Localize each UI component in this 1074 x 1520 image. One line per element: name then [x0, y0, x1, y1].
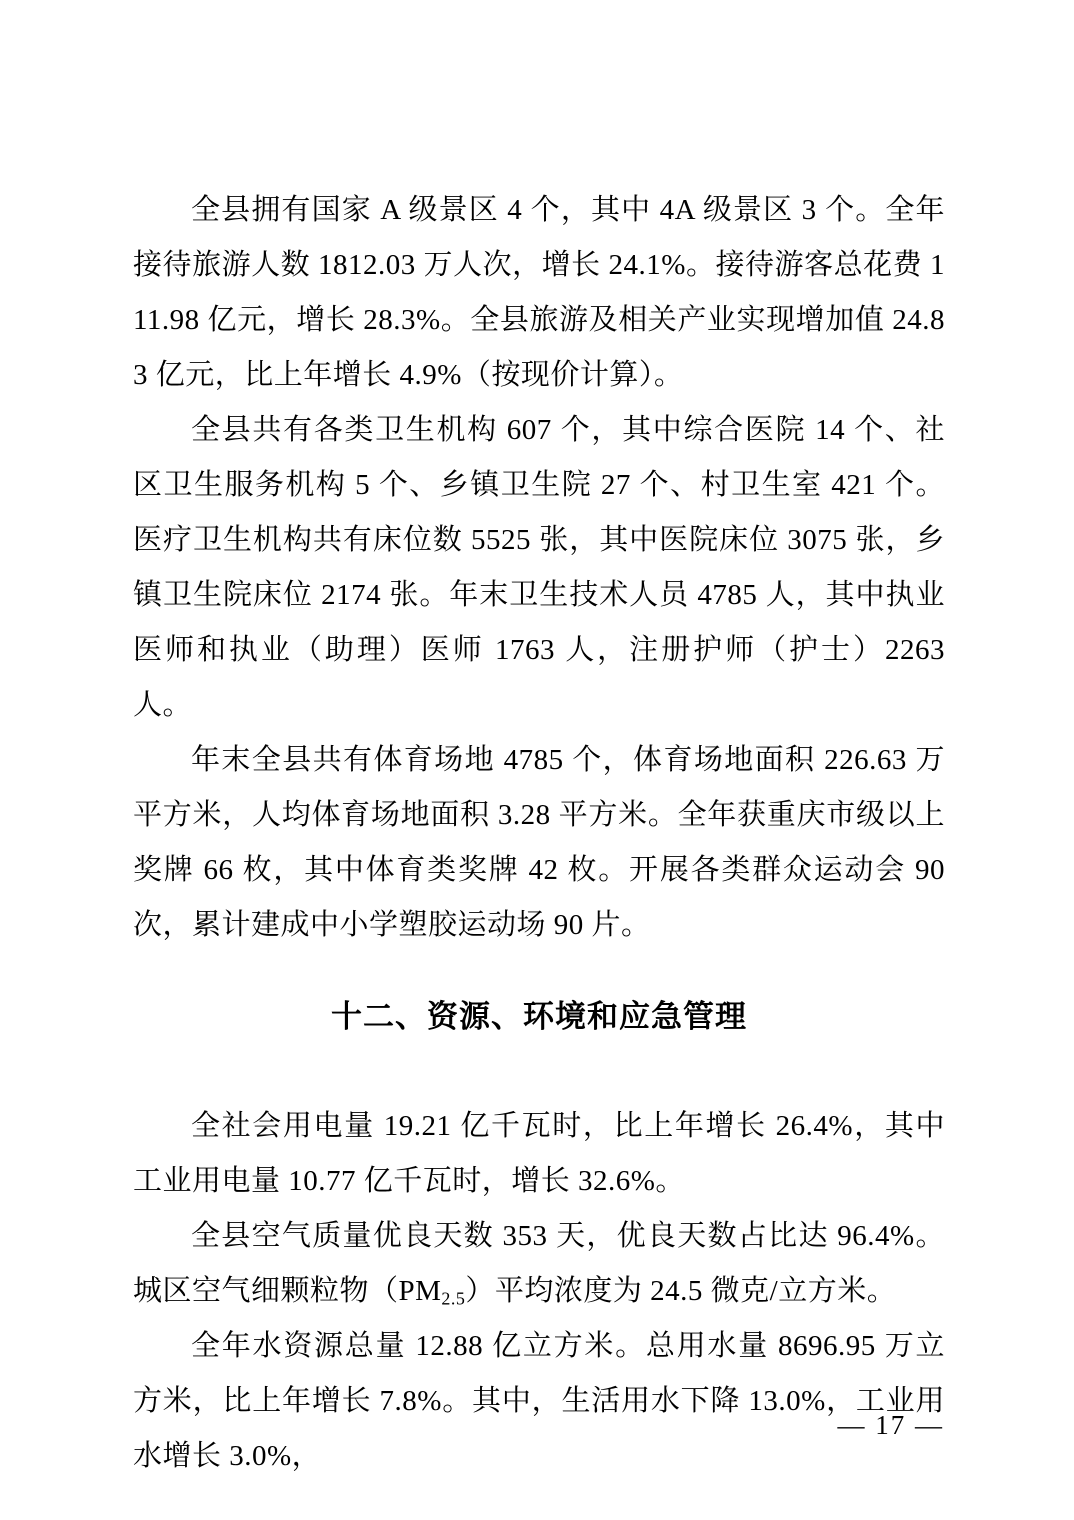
- paragraph-electricity: 全社会用电量 19.21 亿千瓦时，比上年增长 26.4%，其中工业用电量 10…: [133, 1099, 945, 1209]
- paragraph-tourism: 全县拥有国家 A 级景区 4 个，其中 4A 级景区 3 个。全年接待旅游人数 …: [133, 183, 945, 403]
- paragraph-health-institutions: 全县共有各类卫生机构 607 个，其中综合医院 14 个、社区卫生服务机构 5 …: [133, 403, 945, 733]
- paragraph-sports: 年末全县共有体育场地 4785 个，体育场地面积 226.63 万平方米，人均体…: [133, 733, 945, 953]
- document-body: 全县拥有国家 A 级景区 4 个，其中 4A 级景区 3 个。全年接待旅游人数 …: [133, 183, 945, 1484]
- paragraph-air-quality: 全县空气质量优良天数 353 天，优良天数占比达 96.4%。城区空气细颗粒物（…: [133, 1209, 945, 1319]
- page-number: — 17 —: [838, 1405, 945, 1445]
- paragraph-water-resources: 全年水资源总量 12.88 亿立方米。总用水量 8696.95 万立方米，比上年…: [133, 1319, 945, 1484]
- document-page: 全县拥有国家 A 级景区 4 个，其中 4A 级景区 3 个。全年接待旅游人数 …: [0, 0, 1074, 1520]
- pm25-subscript: 2.5: [441, 1288, 465, 1308]
- section-heading: 十二、资源、环境和应急管理: [133, 989, 945, 1044]
- air-quality-text-after-subscript: ）平均浓度为 24.5 微克/立方米。: [465, 1275, 896, 1307]
